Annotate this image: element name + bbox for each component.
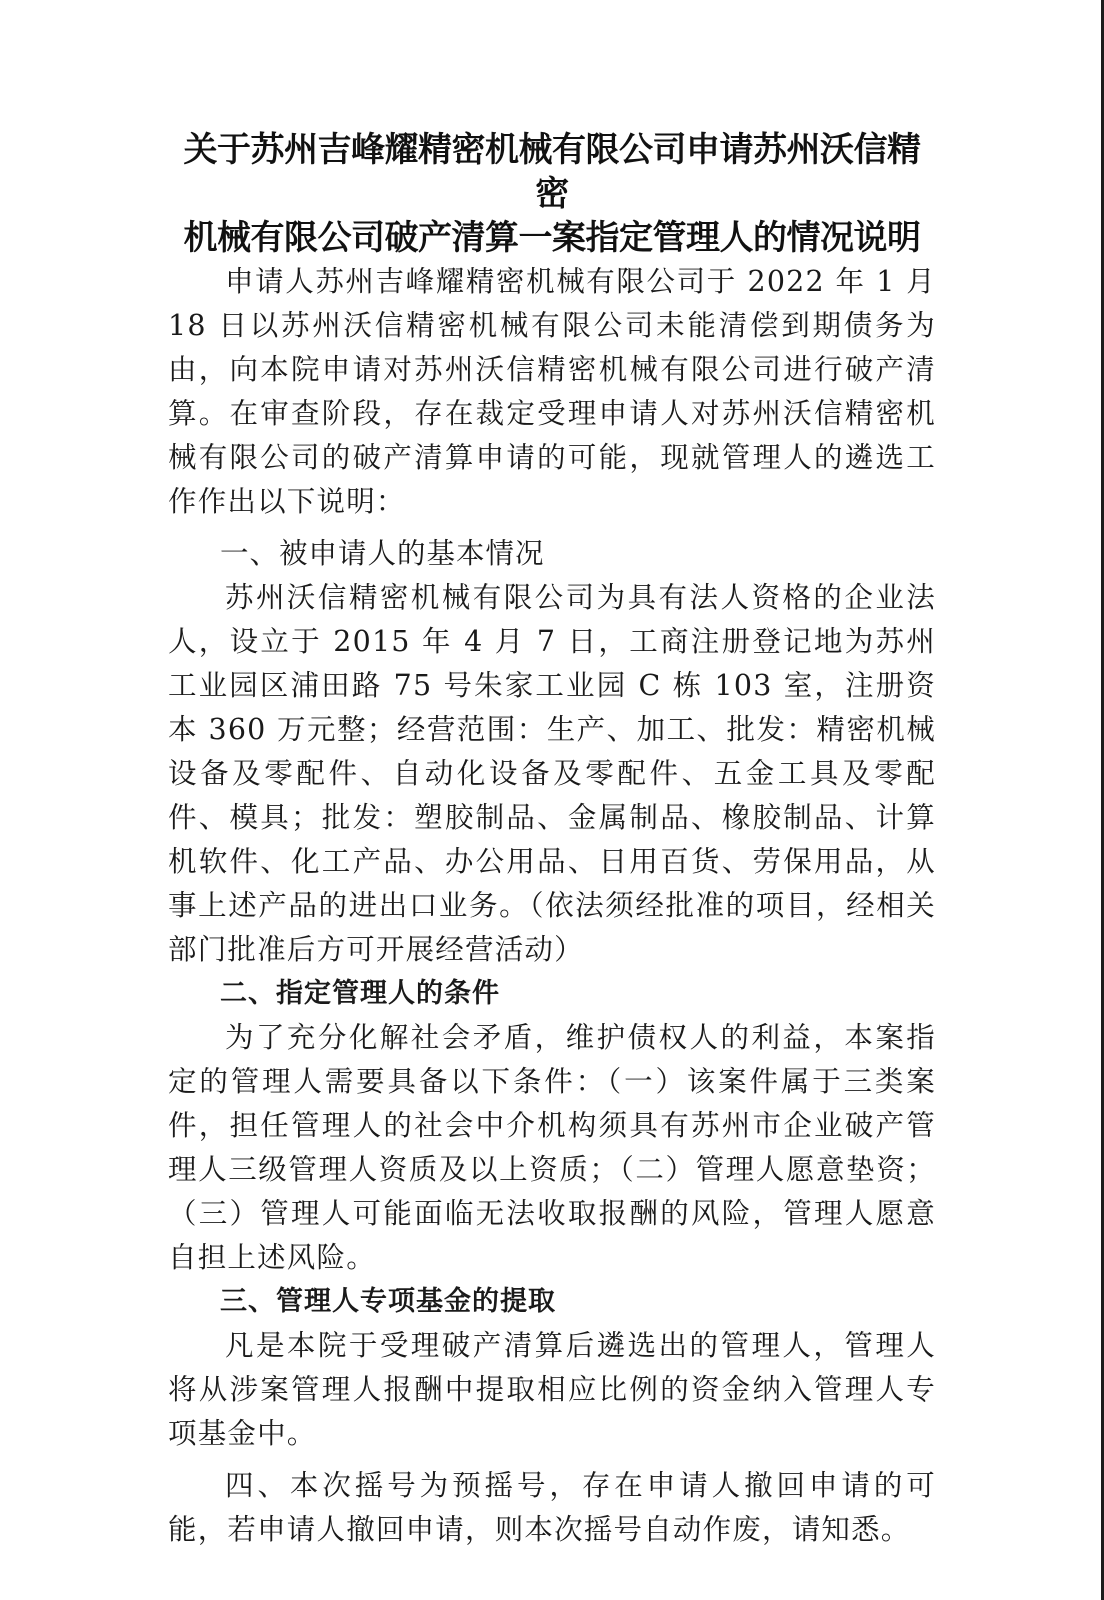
section-1-heading: 一、被申请人的基本情况 [168,532,936,576]
section-1-body: 苏州沃信精密机械有限公司为具有法人资格的企业法人，设立于 2015 年 4 月 … [168,576,936,972]
section-2-body: 为了充分化解社会矛盾，维护债权人的利益，本案指定的管理人需要具备以下条件：（一）… [168,1016,936,1280]
section-3-heading: 三、管理人专项基金的提取 [168,1280,936,1324]
section-3-body: 凡是本院于受理破产清算后遴选出的管理人，管理人将从涉案管理人报酬中提取相应比例的… [168,1324,936,1456]
section-4-body: 四、本次摇号为预摇号，存在申请人撤回申请的可能，若申请人撤回申请，则本次摇号自动… [168,1464,936,1552]
intro-paragraph: 申请人苏州吉峰耀精密机械有限公司于 2022 年 1 月 18 日以苏州沃信精密… [168,260,936,524]
document-title: 关于苏州吉峰耀精密机械有限公司申请苏州沃信精密 机械有限公司破产清算一案指定管理… [168,128,936,260]
section-2-heading: 二、指定管理人的条件 [168,972,936,1016]
title-line-2: 机械有限公司破产清算一案指定管理人的情况说明 [168,216,936,260]
title-line-1: 关于苏州吉峰耀精密机械有限公司申请苏州沃信精密 [168,128,936,216]
document-page: 关于苏州吉峰耀精密机械有限公司申请苏州沃信精密 机械有限公司破产清算一案指定管理… [168,128,936,1552]
